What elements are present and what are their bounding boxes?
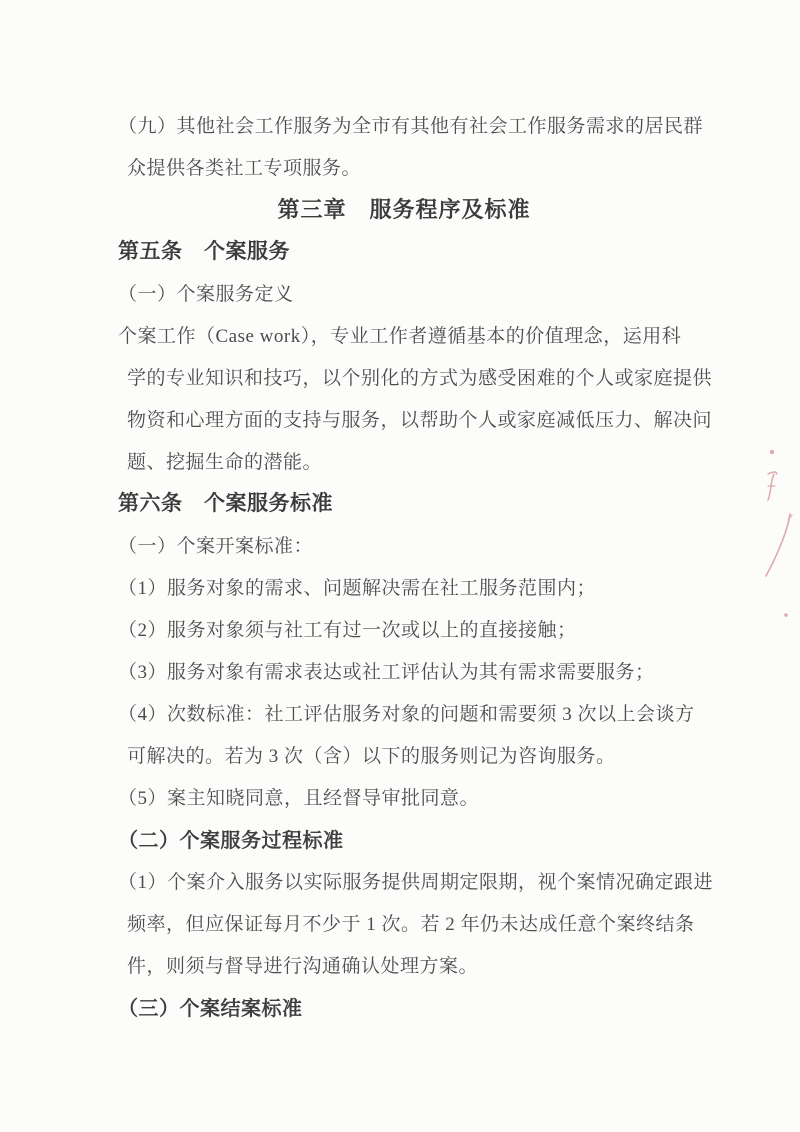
document-page: （九）其他社会工作服务为全市有其他有社会工作服务需求的居民群 众提供各类社工专项… — [0, 0, 800, 1132]
item-2: （2）服务对象须与社工有过一次或以上的直接接触； — [118, 607, 690, 649]
red-ink-marks — [738, 430, 800, 630]
paragraph-line: （九）其他社会工作服务为全市有其他有社会工作服务需求的居民群 — [118, 103, 690, 145]
item-1: （1）服务对象的需求、问题解决需在社工服务范围内； — [118, 565, 690, 607]
paragraph-line: 众提供各类社工专项服务。 — [118, 145, 690, 187]
document-body: （九）其他社会工作服务为全市有其他有社会工作服务需求的居民群 众提供各类社工专项… — [118, 103, 690, 1027]
paragraph-line: 可解决的。若为 3 次（含）以下的服务则记为咨询服务。 — [118, 733, 690, 775]
item-3: （3）服务对象有需求表达或社工评估认为其有需求需要服务； — [118, 649, 690, 691]
item-5: （5）案主知晓同意，且经督导审批同意。 — [118, 775, 690, 817]
section-1-definition: （一）个案服务定义 — [118, 271, 690, 313]
chapter-heading: 第三章 服务程序及标准 — [118, 187, 690, 229]
paragraph-line: 物资和心理方面的支持与服务，以帮助个人或家庭减低压力、解决问 — [118, 397, 690, 439]
paragraph-line: 件，则须与督导进行沟通确认处理方案。 — [118, 943, 690, 985]
item-4: （4）次数标准：社工评估服务对象的问题和需要须 3 次以上会谈方 — [118, 691, 690, 733]
paragraph-line: 个案工作（Case work），专业工作者遵循基本的价值理念，运用科 — [118, 313, 690, 355]
article-6-heading: 第六条 个案服务标准 — [118, 481, 690, 523]
section-close-heading: （三）个案结案标准 — [118, 985, 690, 1027]
article-5-heading: 第五条 个案服务 — [118, 229, 690, 271]
section-process-heading: （二）个案服务过程标准 — [118, 817, 690, 859]
paragraph-line: 题、挖掘生命的潜能。 — [118, 439, 690, 481]
paragraph-line: 频率，但应保证每月不少于 1 次。若 2 年仍未达成任意个案终结条 — [118, 901, 690, 943]
paragraph-line: 学的专业知识和技巧，以个别化的方式为感受困难的个人或家庭提供 — [118, 355, 690, 397]
item-1-process: （1）个案介入服务以实际服务提供周期定限期，视个案情况确定跟进 — [118, 859, 690, 901]
section-open-criteria: （一）个案开案标准： — [118, 523, 690, 565]
